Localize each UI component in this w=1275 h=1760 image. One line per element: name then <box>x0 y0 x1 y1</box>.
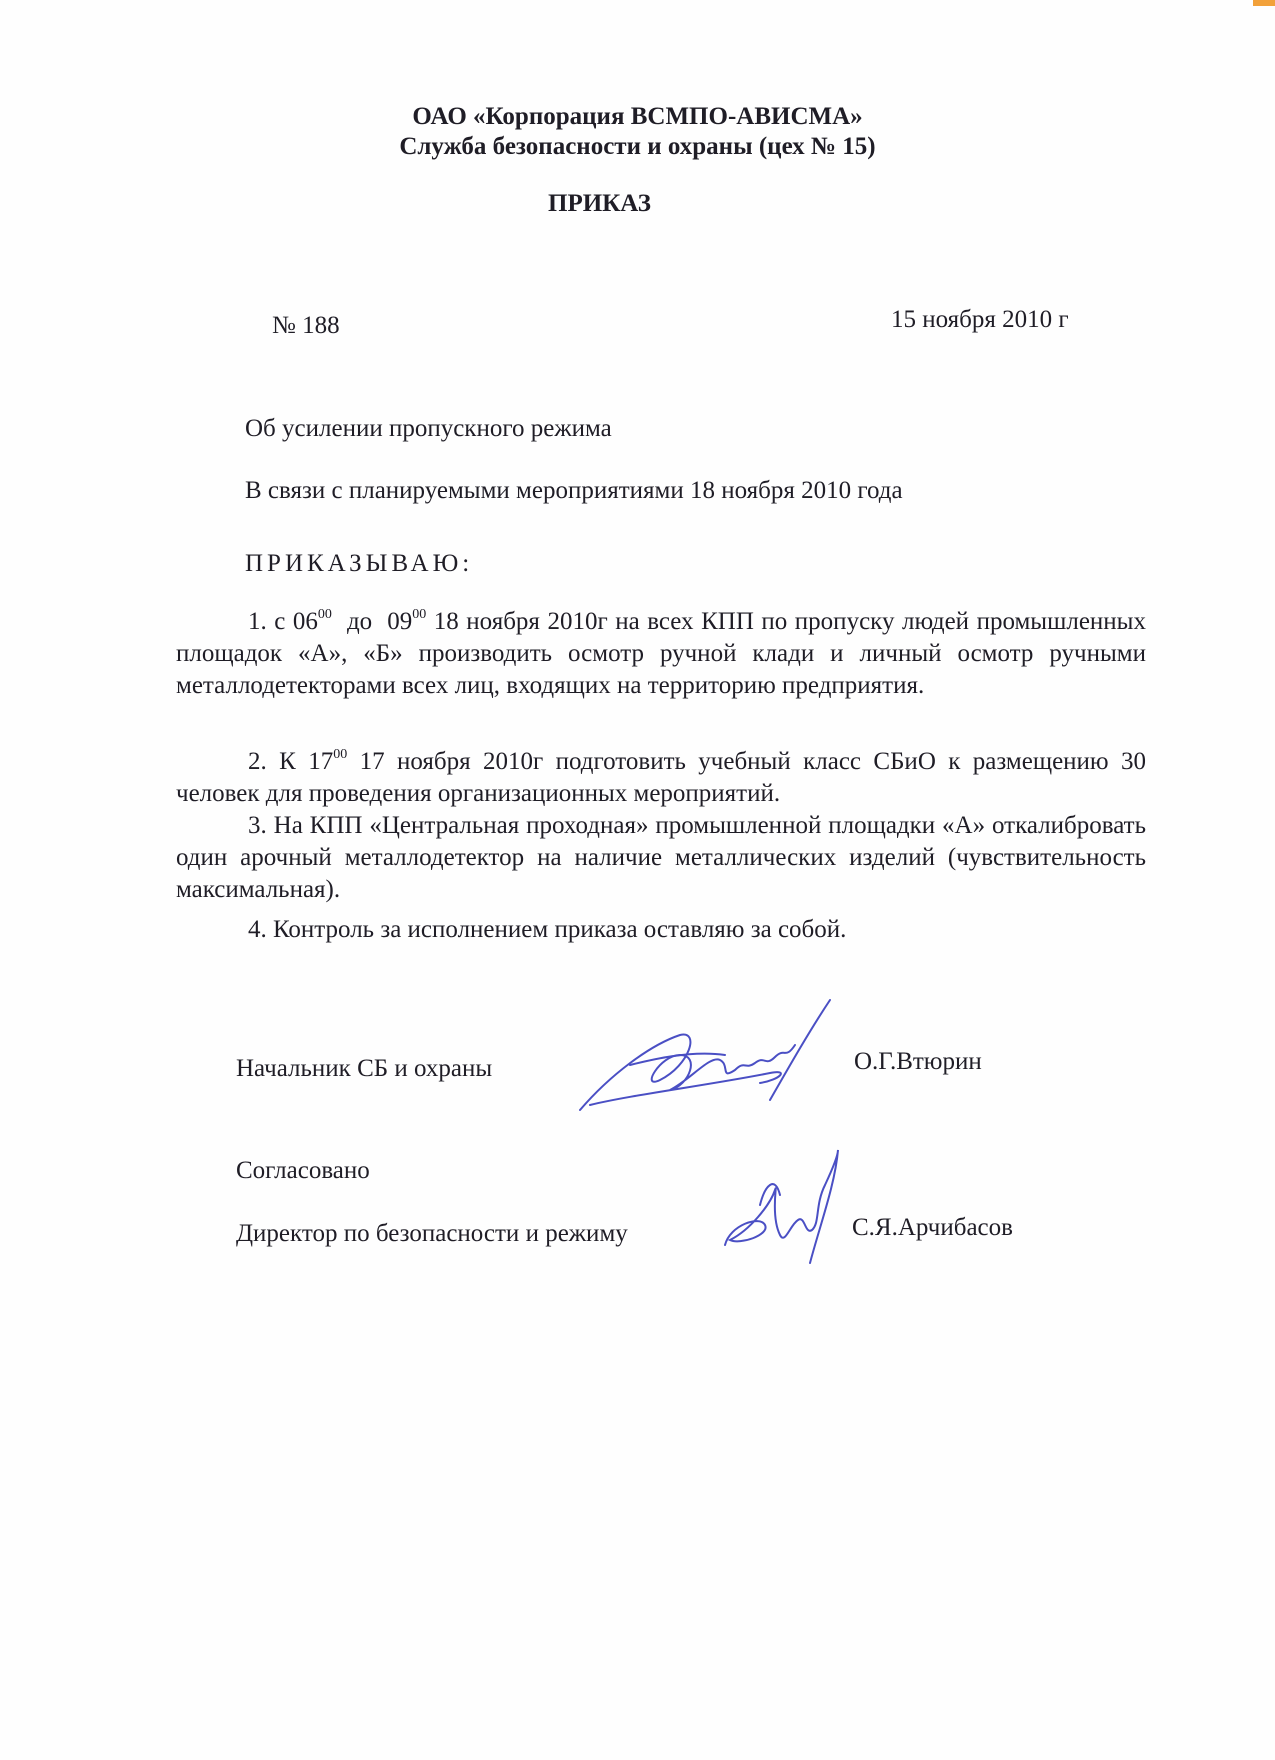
order-word: ПРИКАЗЫВАЮ: <box>245 550 473 578</box>
approved-label: Согласовано <box>236 1157 370 1185</box>
item-number: 3. <box>248 812 267 839</box>
item-number: 4. <box>248 916 267 943</box>
department-name: Служба безопасности и охраны (цех № 15) <box>0 133 1275 161</box>
item-number: 2. <box>248 748 267 775</box>
order-subject: Об усилении пропускного режима <box>245 415 612 443</box>
document-page: ОАО «Корпорация ВСМПО-АВИСМА» Служба без… <box>0 0 1275 1760</box>
order-preamble: В связи с планируемыми мероприятиями 18 … <box>245 477 903 505</box>
director-position: Директор по безопасности и режиму <box>236 1220 628 1248</box>
director-signature <box>720 1145 850 1265</box>
document-type: ПРИКАЗ <box>548 190 651 218</box>
order-date: 15 ноября 2010 г <box>891 306 1069 334</box>
order-item-3: 3. На КПП «Центральная проходная» промыш… <box>176 810 1146 906</box>
order-number: № 188 <box>272 312 340 340</box>
order-item-2: 2. К 1700 17 ноября 2010г подготовить уч… <box>176 746 1146 810</box>
order-item-1: 1. с 0600 до 0900 18 ноября 2010г на все… <box>176 606 1146 702</box>
head-signature <box>570 995 850 1115</box>
order-item-4: 4. Контроль за исполнением приказа остав… <box>176 914 1146 946</box>
head-position: Начальник СБ и охраны <box>236 1055 492 1083</box>
item-number: 1. <box>248 608 267 635</box>
director-name: С.Я.Арчибасов <box>852 1214 1013 1242</box>
organization-name: ОАО «Корпорация ВСМПО-АВИСМА» <box>0 103 1275 131</box>
scan-edge-mark <box>1253 0 1275 6</box>
head-name: О.Г.Втюрин <box>854 1048 982 1076</box>
